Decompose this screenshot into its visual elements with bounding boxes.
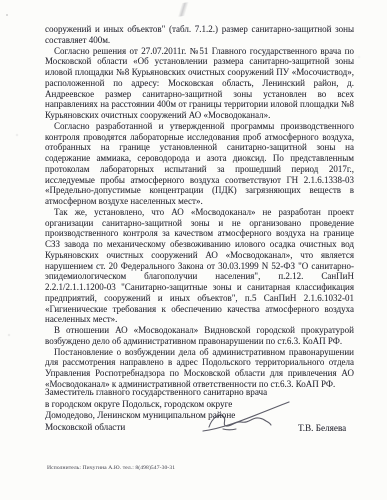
body-paragraph: Согласно решения от 27.07.2011г. №51 Гла…	[45, 46, 354, 121]
signatory-title-line: Заместитель главного государственного са…	[45, 387, 290, 399]
executor-line: Исполнитель: Пичугина А.Ю. тел.: 8(498)5…	[47, 465, 175, 471]
body-paragraph: Согласно разработанной и утвержденной пр…	[45, 121, 354, 207]
scanned-document-page: сооружений и иных объектов" (табл. 7.1.2…	[0, 0, 387, 500]
body-paragraph: В отношении АО «Мосводоканал» Видновской…	[45, 325, 354, 347]
scan-noise-speckles	[6, 14, 8, 16]
body-paragraph: Постановление о возбуждении дела об адми…	[45, 347, 354, 390]
scan-smudge-artifact	[169, 1, 197, 17]
body-paragraph: Так же, установлено, что АО «Мосводокана…	[45, 207, 354, 325]
document-body: сооружений и иных объектов" (табл. 7.1.2…	[45, 24, 354, 390]
body-paragraph: сооружений и иных объектов" (табл. 7.1.2…	[45, 24, 354, 46]
signatory-name: Т.В. Беляева	[298, 423, 346, 433]
handwritten-signature-icon	[199, 399, 295, 437]
